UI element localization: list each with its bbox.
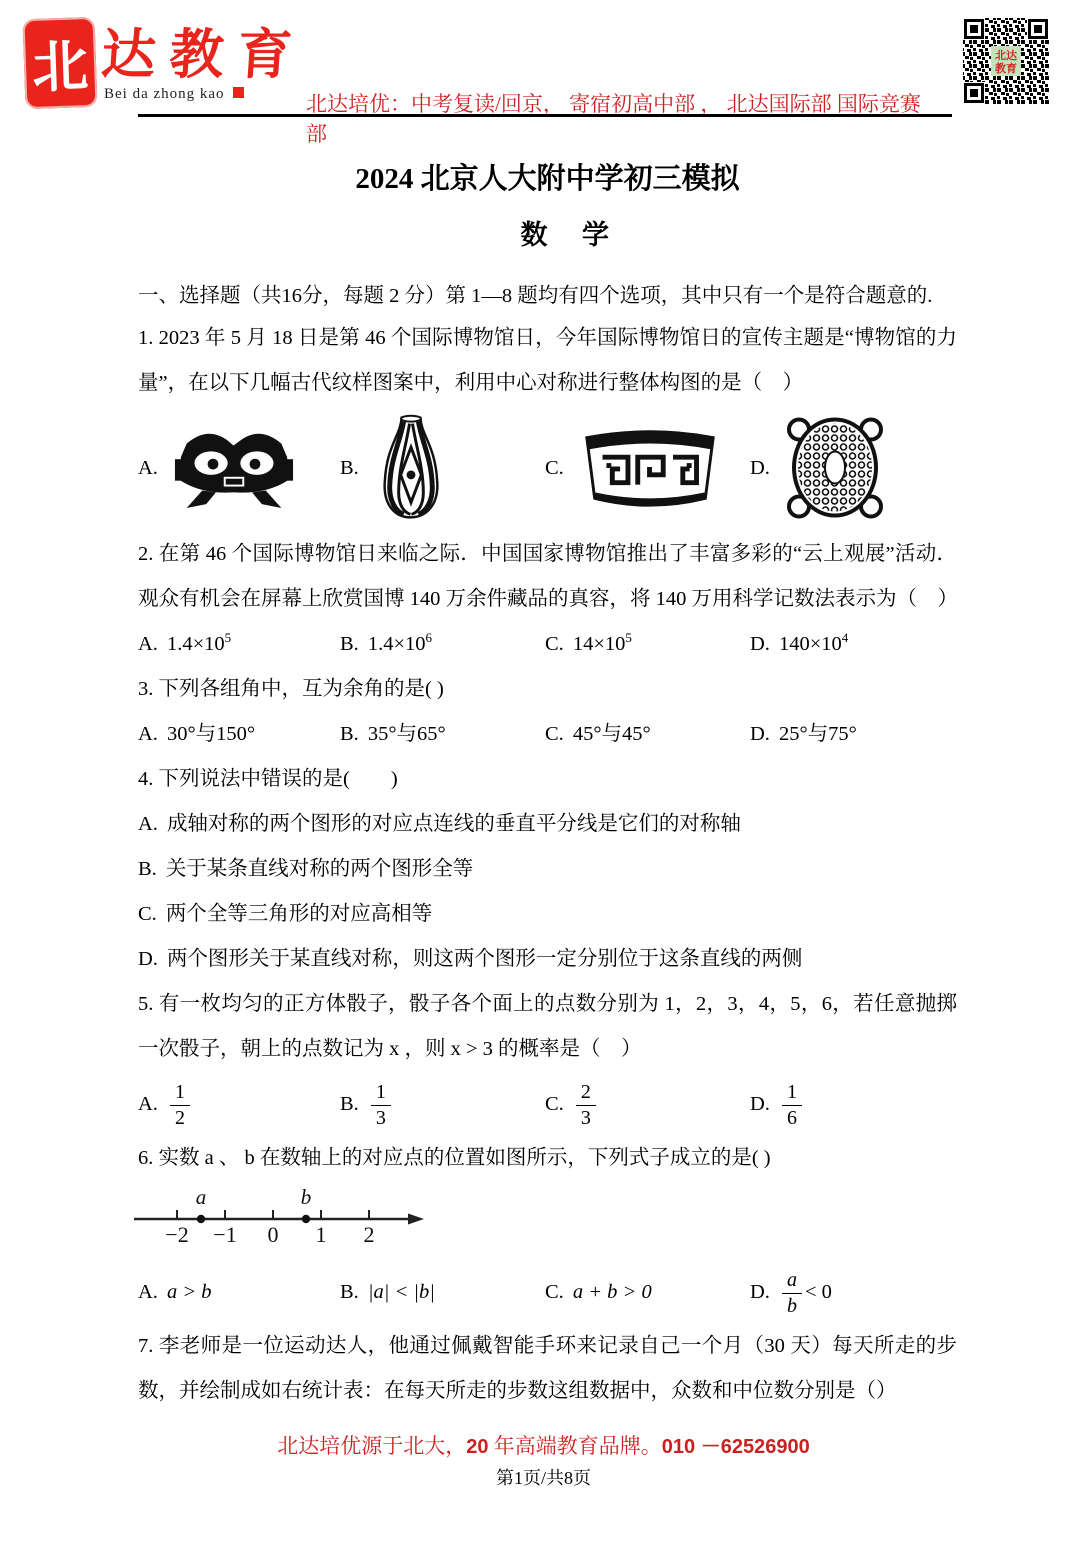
- q6-option-b: B.|a| < |b|: [340, 1260, 545, 1324]
- question-1-image-options: A. B.: [138, 410, 957, 526]
- qr-code: 北达 教育: [961, 16, 1051, 106]
- q4-option-c: C.两个全等三角形的对应高相等: [138, 892, 957, 937]
- fraction: 12: [170, 1081, 190, 1129]
- point-a-dot: [197, 1215, 205, 1223]
- q2-option-a: A.1.4×105: [138, 622, 340, 667]
- question-3-options: A.30°与150° B.35°与65° C.45°与45° D.25°与75°: [138, 712, 957, 757]
- q1-option-b-label: B.: [340, 457, 359, 480]
- subject-title: 数学: [138, 213, 957, 252]
- qr-center-label: 北达 教育: [991, 46, 1021, 76]
- question-2-options: A.1.4×105 B.1.4×106 C.14×105 D.140×104: [138, 622, 957, 667]
- q3-option-b: B.35°与65°: [340, 712, 545, 757]
- question-7-text: 7. 李老师是一位运动达人，他通过佩戴智能手环来记录自己一个月（30 天）每天所…: [138, 1324, 957, 1414]
- exam-body: 2024 北京人大附中学初三模拟 数学 一、选择题（共16分，每题 2 分）第 …: [0, 156, 1087, 1414]
- header-slogan: 北达培优：中考复读/回京， 寄宿初高中部 ， 北达国际部 国际竞赛部: [306, 88, 926, 148]
- question-1-text: 1. 2023 年 5 月 18 日是第 46 个国际博物馆日，今年国际博物馆日…: [138, 316, 957, 406]
- brand-seal-char: 北: [31, 22, 90, 104]
- page-header: 北 达教育 Bei da zhong kao 北达培优：中考复读/回京， 寄宿初…: [0, 0, 1087, 130]
- section-heading: 一、选择题（共16分，每题 2 分）第 1—8 题均有四个选项，其中只有一个是符…: [138, 276, 957, 316]
- question-6-options: A.a > b B.|a| < |b| C.a + b > 0 D.ab< 0: [138, 1260, 957, 1324]
- q3-option-c: C.45°与45°: [545, 712, 750, 757]
- q6-option-d: D.ab< 0: [750, 1260, 957, 1324]
- exam-title: 2024 北京人大附中学初三模拟: [138, 156, 957, 197]
- q3-option-a: A.30°与150°: [138, 712, 340, 757]
- brand-seal: 北: [22, 17, 97, 109]
- question-5-text: 5. 有一枚均匀的正方体骰子，骰子各个面上的点数分别为 1，2，3，4，5，6，…: [138, 982, 957, 1072]
- footer-slogan-pre: 北达培优源于北大，: [277, 1434, 466, 1458]
- brand-name: 达教育: [99, 12, 308, 89]
- subject-char-left: 数: [486, 213, 582, 252]
- q1-option-c-label: C.: [545, 457, 564, 480]
- footer-phone: 010 －62526900: [662, 1436, 810, 1458]
- q4-option-a: A.成轴对称的两个图形的对应点连线的垂直平分线是它们的对称轴: [138, 802, 957, 847]
- brand-subtext: Bei da zhong kao: [104, 86, 244, 103]
- subject-char-right: 学: [582, 220, 609, 250]
- qr-finder-top-right: [1027, 18, 1049, 40]
- q5-option-a: A.12: [138, 1072, 340, 1136]
- svg-text:北达: 北达: [995, 48, 1017, 62]
- q2-option-d: D.140×104: [750, 622, 957, 667]
- q1-option-d-label: D.: [750, 457, 770, 480]
- lattice-medallion-image: [785, 415, 885, 521]
- q6-option-c: C.a + b > 0: [545, 1260, 750, 1324]
- question-5-options: A.12 B.13 C.23 D.16: [138, 1072, 957, 1136]
- q5-option-c: C.23: [545, 1072, 750, 1136]
- q2-option-b: B.1.4×106: [340, 622, 545, 667]
- q5-option-d: D.16: [750, 1072, 957, 1136]
- footer-slogan-years: 20: [466, 1436, 488, 1458]
- q1-option-a-label: A.: [138, 457, 158, 480]
- svg-text:教育: 教育: [994, 61, 1017, 75]
- q1-option-d: D.: [750, 415, 957, 521]
- question-2-text: 2. 在第 46 个国际博物馆日来临之际．中国国家博物馆推出了丰富多彩的“云上观…: [138, 532, 957, 622]
- svg-text:1: 1: [316, 1222, 327, 1247]
- red-square-icon: [233, 87, 244, 98]
- svg-text:a: a: [196, 1189, 207, 1209]
- q4-option-d: D.两个图形关于某直线对称，则这两个图形一定分别位于这条直线的两侧: [138, 937, 957, 982]
- qr-finder-bottom-left: [963, 82, 985, 104]
- footer-slogan-mid: 年高端教育品牌。: [489, 1434, 662, 1458]
- q2-option-c: C.14×105: [545, 622, 750, 667]
- q1-option-c: C.: [545, 422, 750, 514]
- q3-option-d: D.25°与75°: [750, 712, 957, 757]
- fraction: 16: [782, 1081, 802, 1129]
- fraction: ab: [782, 1269, 802, 1317]
- fraction: 13: [371, 1081, 391, 1129]
- qr-finder-top-left: [963, 18, 985, 40]
- footer-slogan: 北达培优源于北大，20 年高端教育品牌。010 －62526900: [0, 1430, 1087, 1460]
- page-number: 第1页/共8页: [0, 1464, 1087, 1490]
- exam-page: 北 达教育 Bei da zhong kao 北达培优：中考复读/回京， 寄宿初…: [0, 0, 1087, 1559]
- striped-vase-image: [374, 413, 448, 523]
- q1-option-b: B.: [340, 413, 545, 523]
- question-3-text: 3. 下列各组角中，互为余角的是( ): [138, 667, 957, 712]
- svg-text:0: 0: [268, 1222, 279, 1247]
- taotie-mask-image: [173, 422, 295, 514]
- meander-band-image: [579, 422, 721, 514]
- q1-option-a: A.: [138, 422, 340, 514]
- header-divider: [138, 114, 952, 117]
- q4-option-b: B.关于某条直线对称的两个图形全等: [138, 847, 957, 892]
- svg-text:b: b: [301, 1189, 312, 1209]
- q5-option-b: B.13: [340, 1072, 545, 1136]
- question-4-text: 4. 下列说法中错误的是( ): [138, 757, 957, 802]
- number-line-figure: −2 −1 0 1 2 a b: [132, 1189, 957, 1256]
- brand-subtext-label: Bei da zhong kao: [104, 86, 225, 102]
- q6-option-a: A.a > b: [138, 1260, 340, 1324]
- svg-text:−2: −2: [165, 1222, 188, 1247]
- point-b-dot: [302, 1215, 310, 1223]
- svg-text:2: 2: [364, 1222, 375, 1247]
- question-6-text: 6. 实数 a 、 b 在数轴上的对应点的位置如图所示，下列式子成立的是( ): [138, 1136, 957, 1181]
- fraction: 23: [576, 1081, 596, 1129]
- svg-text:−1: −1: [213, 1222, 236, 1247]
